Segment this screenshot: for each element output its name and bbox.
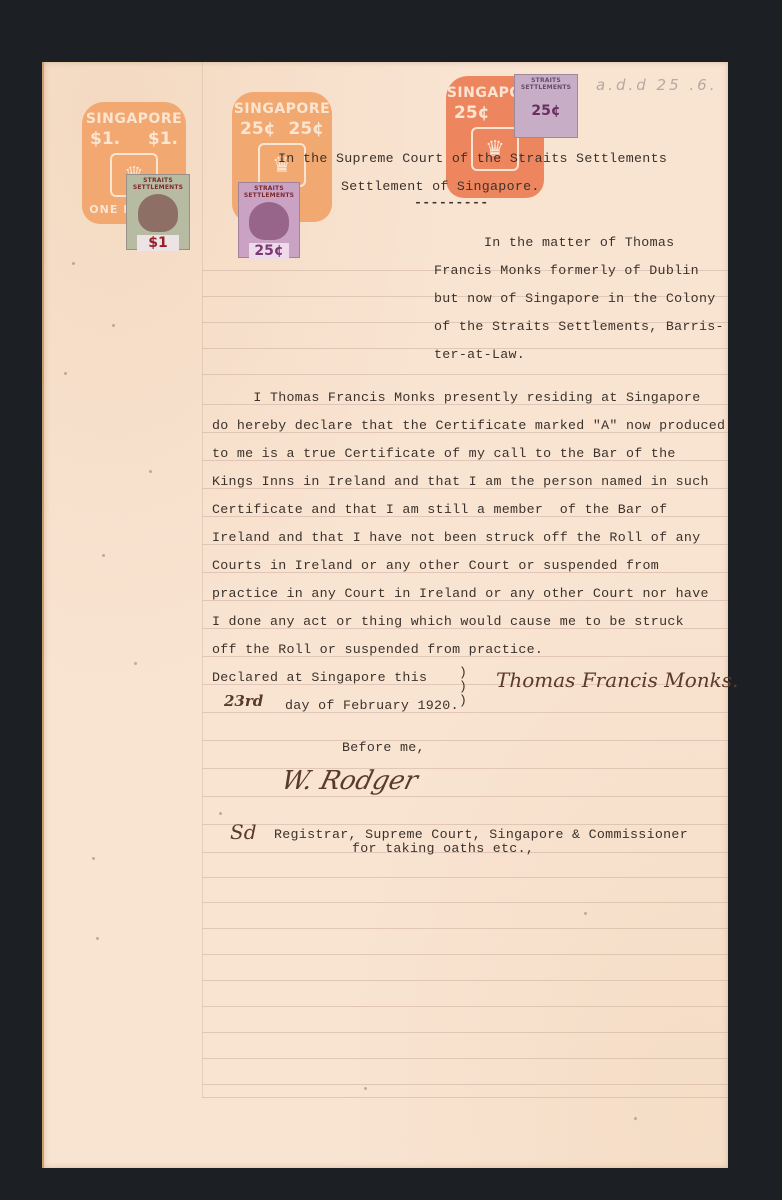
paper-speck (112, 324, 115, 327)
declared-line-1: Declared at Singapore this (212, 670, 427, 686)
before-me-label: Before me, (342, 740, 425, 756)
ruled-line (202, 902, 728, 903)
paper-speck (64, 372, 67, 375)
registrar-signature: W. Rodger (278, 766, 421, 796)
stamp-value-left: 25¢ (454, 103, 490, 123)
ruled-line (202, 1032, 728, 1033)
court-heading: In the Supreme Court of the Straits Sett… (278, 151, 667, 167)
adhesive-stamp-2: STRAITS SETTLEMENTS 25¢ (238, 182, 300, 258)
paper-speck (149, 470, 152, 473)
paper-speck (92, 857, 95, 860)
stamp-top-text: STRAITS SETTLEMENTS (515, 77, 577, 91)
settlement-heading: Settlement of Singapore. (341, 179, 540, 195)
heading-underline: --------- (414, 195, 489, 211)
ruled-line (202, 1058, 728, 1059)
paper-speck (634, 1117, 637, 1120)
declared-line-2: day of February 1920. (285, 698, 459, 714)
declarant-signature: Thomas Francis Monks. (496, 668, 738, 692)
body-line-3: to me is a true Certificate of my call t… (212, 446, 676, 462)
ruled-line (202, 928, 728, 929)
body-line-8: practice in any Court in Ireland or any … (212, 586, 709, 602)
body-line-5: Certificate and that I am still a member… (212, 502, 667, 518)
matter-line-4: of the Straits Settlements, Barris- (434, 319, 724, 335)
handwritten-day: 23rd (224, 692, 263, 710)
matter-line-3: but now of Singapore in the Colony (434, 291, 716, 307)
ruled-line (202, 877, 728, 878)
paper-speck (102, 554, 105, 557)
adhesive-stamp-1: STRAITS SETTLEMENTS $1 (126, 174, 190, 250)
matter-line-5: ter-at-Law. (434, 347, 525, 363)
handwritten-initials: Sd (230, 820, 257, 844)
stamp-value-left: 25¢ (240, 119, 276, 139)
stamp-top-text: STRAITS SETTLEMENTS (239, 185, 299, 199)
stamp-value: 25¢ (249, 243, 289, 259)
ruled-line (202, 796, 728, 797)
ruled-line (202, 1006, 728, 1007)
stamp-value-right: 25¢ (289, 119, 325, 139)
matter-line-2: Francis Monks formerly of Dublin (434, 263, 699, 279)
ruled-line (202, 1097, 728, 1098)
stamp-value-right: $1. (148, 129, 178, 149)
ruled-line (202, 374, 728, 375)
ruled-line (202, 768, 728, 769)
body-line-2: do hereby declare that the Certificate m… (212, 418, 725, 434)
ruled-line (202, 824, 728, 825)
body-line-6: Ireland and that I have not been struck … (212, 530, 701, 546)
paper-speck (72, 262, 75, 265)
stamp-title: SINGAPORE (82, 111, 186, 127)
paper-speck (364, 1087, 367, 1090)
margin-rule (202, 62, 203, 1098)
pencil-annotation: a.d.d 25 .6. (596, 76, 717, 94)
stamp-value: 25¢ (515, 103, 577, 119)
ruled-line (202, 980, 728, 981)
adhesive-stamp-3: STRAITS SETTLEMENTS 25¢ (514, 74, 578, 138)
ruled-line (202, 712, 728, 713)
paper-speck (584, 912, 587, 915)
ruled-line (202, 740, 728, 741)
stamp-value: $1 (137, 235, 179, 251)
stamp-top-text: STRAITS SETTLEMENTS (127, 177, 189, 191)
body-line-4: Kings Inns in Ireland and that I am the … (212, 474, 709, 490)
stamp-title: SINGAPORE (232, 101, 332, 117)
body-line-7: Courts in Ireland or any other Court or … (212, 558, 659, 574)
paper-speck (219, 812, 222, 815)
paper-speck (96, 937, 99, 940)
stamp-value-left: $1. (90, 129, 120, 149)
king-portrait-icon (138, 194, 178, 232)
body-line-10: off the Roll or suspended from practice. (212, 642, 543, 658)
bracket: ) ) ) (459, 666, 467, 708)
matter-line-1: In the matter of Thomas (484, 235, 674, 251)
ruled-line (202, 954, 728, 955)
body-line-1: I Thomas Francis Monks presently residin… (212, 390, 701, 406)
registrar-title-line-2: for taking oaths etc., (352, 841, 534, 857)
body-line-9: I done any act or thing which would caus… (212, 614, 684, 630)
king-portrait-icon (249, 202, 289, 240)
document-page: a.d.d 25 .6. SINGAPORE $1. $1. ♛ ONE DOL… (42, 62, 728, 1168)
ruled-line (202, 1084, 728, 1085)
paper-speck (134, 662, 137, 665)
